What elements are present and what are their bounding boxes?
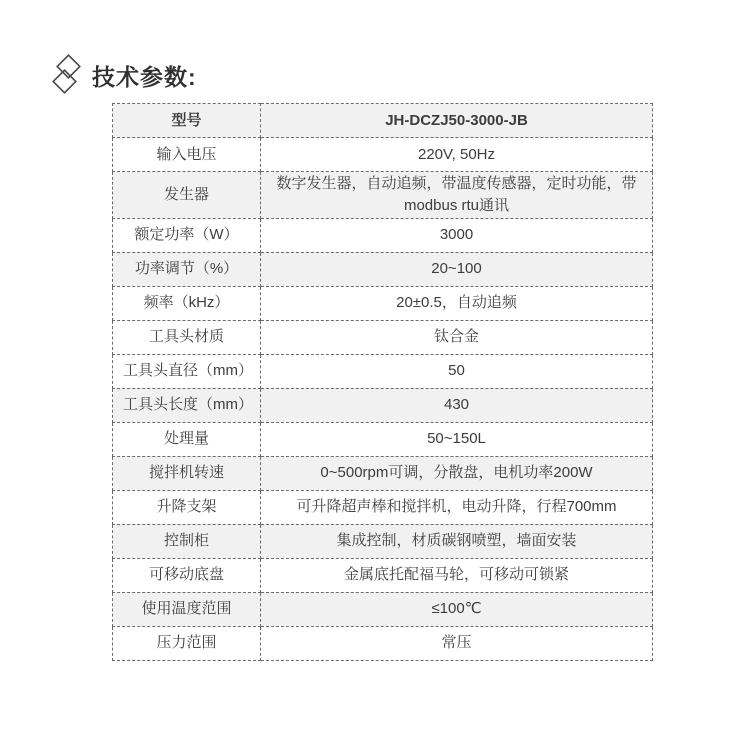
table-row: 发生器 数字发生器，自动追频，带温度传感器，定时功能，带 modbus rtu通… bbox=[113, 172, 653, 219]
table-row: 输入电压 220V, 50Hz bbox=[113, 138, 653, 172]
cell-label: 压力范围 bbox=[113, 626, 261, 660]
table-row: 使用温度范围 ≤100℃ bbox=[113, 592, 653, 626]
cell-value: 220V, 50Hz bbox=[261, 138, 653, 172]
cell-label: 搅拌机转速 bbox=[113, 456, 261, 490]
cell-value: 集成控制，材质碳钢喷塑，墙面安装 bbox=[261, 524, 653, 558]
cell-value: 金属底托配福马轮，可移动可锁紧 bbox=[261, 558, 653, 592]
cell-label: 型号 bbox=[113, 104, 261, 138]
table-row: 处理量 50~150L bbox=[113, 422, 653, 456]
cell-value: 0~500rpm可调，分散盘，电机功率200W bbox=[261, 456, 653, 490]
table-row: 型号 JH-DCZJ50-3000-JB bbox=[113, 104, 653, 138]
cell-label: 发生器 bbox=[113, 172, 261, 219]
cell-value: 430 bbox=[261, 388, 653, 422]
cell-label: 频率（kHz） bbox=[113, 286, 261, 320]
section-header: 技术参数: bbox=[50, 54, 197, 98]
cell-label: 工具头材质 bbox=[113, 320, 261, 354]
stacked-diamonds-icon bbox=[50, 54, 84, 98]
spec-table: 型号 JH-DCZJ50-3000-JB 输入电压 220V, 50Hz 发生器… bbox=[112, 103, 653, 661]
cell-value: 50 bbox=[261, 354, 653, 388]
cell-value: 数字发生器，自动追频，带温度传感器，定时功能，带 modbus rtu通讯 bbox=[261, 172, 653, 219]
cell-value: ≤100℃ bbox=[261, 592, 653, 626]
cell-value: 常压 bbox=[261, 626, 653, 660]
cell-value: 50~150L bbox=[261, 422, 653, 456]
cell-label: 额定功率（W） bbox=[113, 218, 261, 252]
table-row: 升降支架 可升降超声棒和搅拌机，电动升降，行程700mm bbox=[113, 490, 653, 524]
table-row: 工具头直径（mm） 50 bbox=[113, 354, 653, 388]
table-row: 控制柜 集成控制，材质碳钢喷塑，墙面安装 bbox=[113, 524, 653, 558]
table-row: 额定功率（W） 3000 bbox=[113, 218, 653, 252]
section-title: 技术参数: bbox=[92, 64, 197, 89]
table-row: 工具头材质 钛合金 bbox=[113, 320, 653, 354]
table-row: 可移动底盘 金属底托配福马轮，可移动可锁紧 bbox=[113, 558, 653, 592]
cell-value: 钛合金 bbox=[261, 320, 653, 354]
page: 技术参数: 型号 JH-DCZJ50-3000-JB 输入电压 220V, 50… bbox=[0, 0, 750, 742]
cell-label: 功率调节（%） bbox=[113, 252, 261, 286]
cell-value: 3000 bbox=[261, 218, 653, 252]
cell-label: 处理量 bbox=[113, 422, 261, 456]
cell-label: 工具头长度（mm） bbox=[113, 388, 261, 422]
table-row: 搅拌机转速 0~500rpm可调，分散盘，电机功率200W bbox=[113, 456, 653, 490]
table-row: 功率调节（%） 20~100 bbox=[113, 252, 653, 286]
table-row: 工具头长度（mm） 430 bbox=[113, 388, 653, 422]
cell-label: 使用温度范围 bbox=[113, 592, 261, 626]
cell-label: 工具头直径（mm） bbox=[113, 354, 261, 388]
cell-value: 可升降超声棒和搅拌机，电动升降，行程700mm bbox=[261, 490, 653, 524]
cell-label: 控制柜 bbox=[113, 524, 261, 558]
table-row: 压力范围 常压 bbox=[113, 626, 653, 660]
cell-value: 20~100 bbox=[261, 252, 653, 286]
cell-label: 升降支架 bbox=[113, 490, 261, 524]
cell-value: 20±0.5，自动追频 bbox=[261, 286, 653, 320]
cell-label: 可移动底盘 bbox=[113, 558, 261, 592]
table-row: 频率（kHz） 20±0.5，自动追频 bbox=[113, 286, 653, 320]
cell-value: JH-DCZJ50-3000-JB bbox=[261, 104, 653, 138]
cell-label: 输入电压 bbox=[113, 138, 261, 172]
